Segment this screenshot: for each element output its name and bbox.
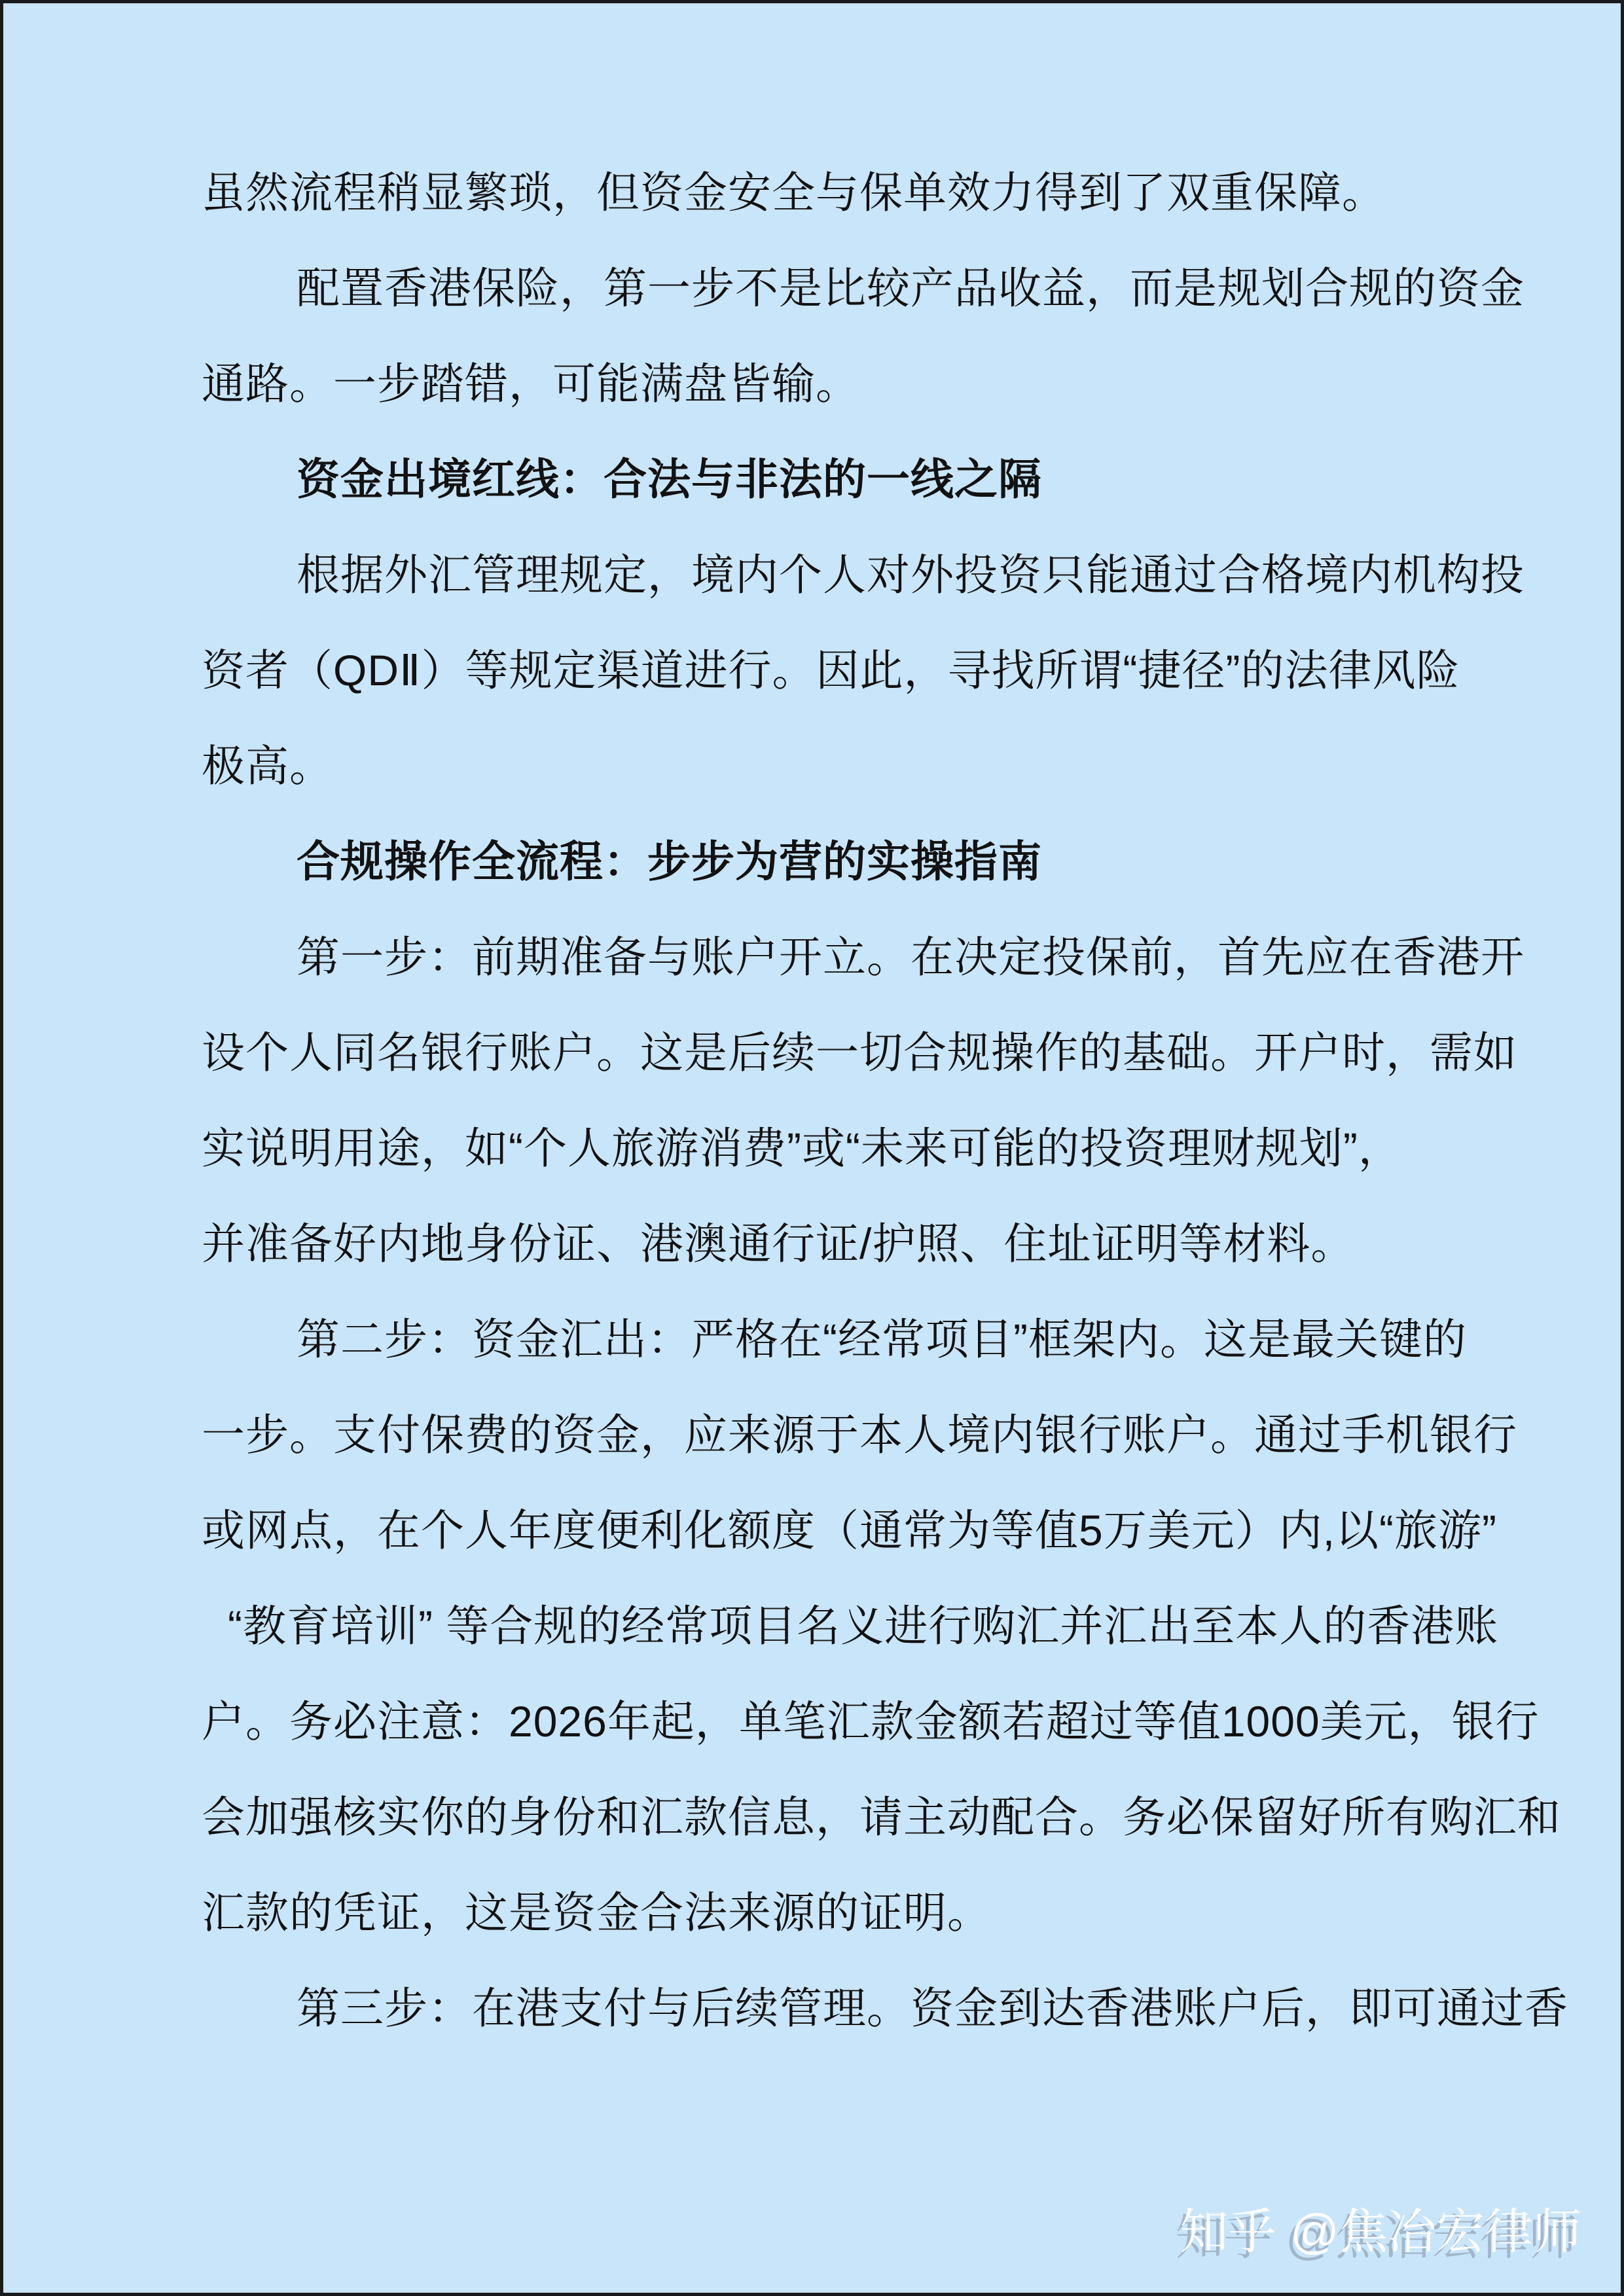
page: { "page": { "background": "#c9e5f9", "bo… xyxy=(0,0,1624,2296)
text-line: 根据外汇管理规定，境内个人对外投资只能通过合格境内机构投 xyxy=(202,527,1555,622)
section-heading-process: 合规操作全流程：步步为营的实操指南 xyxy=(202,814,1555,909)
text-line: 汇款的凭证，这是资金合法来源的证明。 xyxy=(202,1865,1555,1960)
text-line: 虽然流程稍显繁琐，但资金安全与保单效力得到了双重保障。 xyxy=(202,145,1555,240)
text-line: 配置香港保险，第一步不是比较产品收益，而是规划合规的资金 xyxy=(202,240,1555,336)
text-line: 户。务必注意：2026年起，单笔汇款金额若超过等值1000美元，银行 xyxy=(202,1674,1555,1769)
text-line-step2: 第二步：资金汇出：严格在“经常项目”框架内。这是最关键的 xyxy=(202,1291,1555,1387)
text-line: 并准备好内地身份证、港澳通行证/护照、住址证明等材料。 xyxy=(202,1196,1555,1291)
text-line: 实说明用途，如“个人旅游消费”或“未来可能的投资理财规划”， xyxy=(202,1100,1555,1196)
article-content: 虽然流程稍显繁琐，但资金安全与保单效力得到了双重保障。 配置香港保险，第一步不是… xyxy=(202,145,1555,2056)
text-line: 通路。一步踏错，可能满盘皆输。 xyxy=(202,336,1555,431)
section-heading-red-line: 资金出境红线：合法与非法的一线之隔 xyxy=(202,431,1555,527)
text-line: 会加强核实你的身份和汇款信息，请主动配合。务必保留好所有购汇和 xyxy=(202,1769,1555,1865)
text-line: “教育培训” 等合规的经常项目名义进行购汇并汇出至本人的香港账 xyxy=(202,1578,1555,1674)
text-line: 一步。支付保费的资金，应来源于本人境内银行账户。通过手机银行 xyxy=(202,1387,1555,1482)
text-line-step1: 第一步：前期准备与账户开立。在决定投保前，首先应在香港开 xyxy=(202,909,1555,1005)
text-line: 资者（QDⅡ）等规定渠道进行。因此，寻找所谓“捷径”的法律风险 xyxy=(202,622,1555,718)
text-line-step3: 第三步：在港支付与后续管理。资金到达香港账户后，即可通过香 xyxy=(202,1960,1555,2056)
zhihu-watermark: 知乎 @焦冶宏律师 xyxy=(1180,2208,1581,2256)
text-line: 或网点，在个人年度便利化额度（通常为等值5万美元）内,以“旅游” xyxy=(202,1482,1555,1578)
text-line: 极高。 xyxy=(202,718,1555,814)
text-line: 设个人同名银行账户。这是后续一切合规操作的基础。开户时，需如 xyxy=(202,1005,1555,1100)
